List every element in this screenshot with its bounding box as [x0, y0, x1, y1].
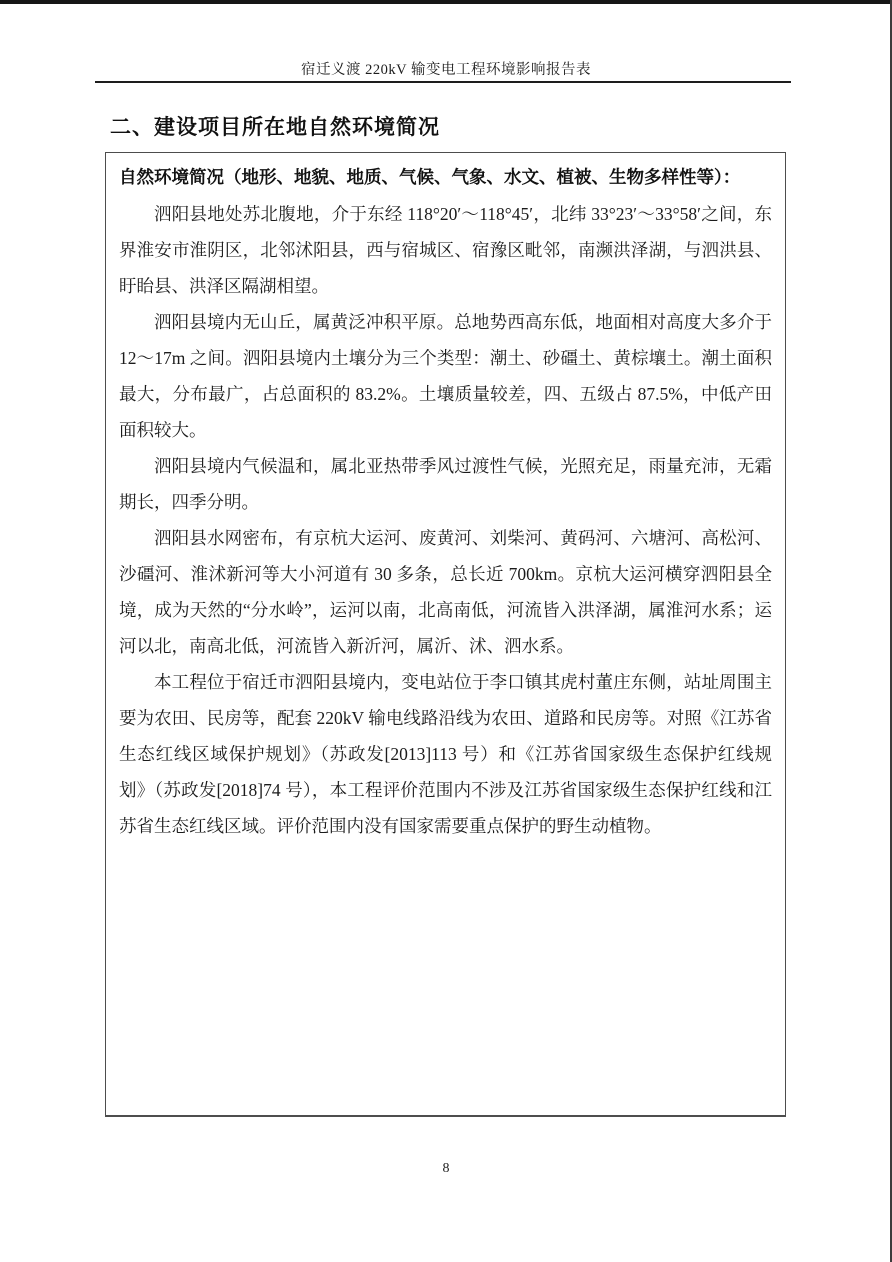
paragraph-terrain-soil: 泗阳县境内无山丘，属黄泛冲积平原。总地势西高东低，地面相对高度大多介于 12～1…	[119, 304, 772, 448]
paragraph-rivers: 泗阳县水网密布，有京杭大运河、废黄河、刘柴河、黄码河、六塘河、高松河、沙礓河、淮…	[119, 520, 772, 664]
content-box: 自然环境简况（地形、地貌、地质、气候、气象、水文、植被、生物多样性等）： 泗阳县…	[105, 152, 786, 1117]
header-rule	[95, 81, 791, 83]
document-header: 宿迁义渡 220kV 输变电工程环境影响报告表	[0, 58, 892, 79]
document-page: 宿迁义渡 220kV 输变电工程环境影响报告表 二、建设项目所在地自然环境简况 …	[0, 0, 892, 1262]
scan-edge-top	[0, 0, 892, 4]
section-title: 二、建设项目所在地自然环境简况	[110, 111, 440, 141]
paragraph-project-location: 本工程位于宿迁市泗阳县境内，变电站位于李口镇其虎村董庄东侧，站址周围主要为农田、…	[119, 664, 772, 844]
paragraph-climate: 泗阳县境内气候温和，属北亚热带季风过渡性气候，光照充足，雨量充沛，无霜期长，四季…	[119, 448, 772, 520]
paragraph-geography: 泗阳县地处苏北腹地，介于东经 118°20′～118°45′，北纬 33°23′…	[119, 196, 772, 304]
box-heading: 自然环境简况（地形、地貌、地质、气候、气象、水文、植被、生物多样性等）：	[119, 161, 772, 193]
page-number: 8	[0, 1161, 892, 1177]
